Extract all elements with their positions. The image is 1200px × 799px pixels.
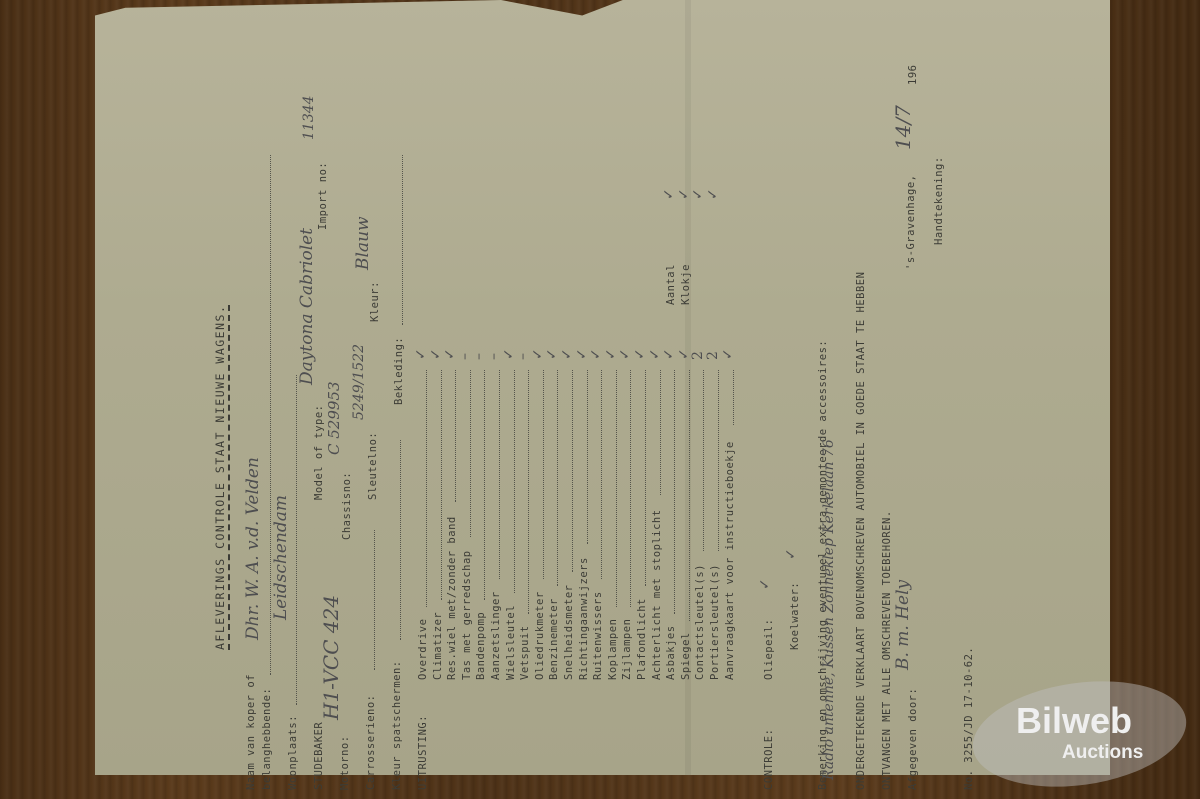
delivery-control-form: AFLEVERINGS CONTROLE STAAT NIEUWE WAGENS… [205,10,995,790]
uitrusting-dotted-line [548,370,558,586]
uitrusting-extra-label: Klokje [680,264,692,305]
uitrusting-dots [519,370,532,614]
uitrusting-dotted-line [694,370,704,551]
uitrusting-item-check: 2 [705,351,721,360]
uitrusting-item-label: Aanvraagkaart voor instructieboekje [724,441,736,680]
uitrusting-dotted-line [505,370,515,593]
uitrusting-extra-check: ✓ [661,188,677,200]
uitrusting-item-check: ✓ [632,348,648,360]
uitrusting-dotted-line [475,370,485,600]
sleutelno-label: Sleutelno: [367,432,379,500]
woonplaats-label: Woonplaats: [287,715,299,790]
uitrusting-item-check: – [515,353,531,361]
uitrusting-dots [563,370,576,572]
uitrusting-item-check: ✓ [559,348,575,360]
uitrusting-item-check: ✓ [544,348,560,360]
chassisno-label: Chassisno: [341,472,353,540]
uitrusting-dots [592,370,605,579]
uitrusting-item-check: ✓ [617,348,633,360]
uitrusting-dots [446,370,459,502]
uitrusting-item-label: Tas met gerredschap [461,550,473,680]
uitrusting-extra-label: Aantal [665,264,677,305]
import-value: 11344 [301,95,317,140]
uitrusting-item-label: Overdrive [417,619,429,680]
koelwater-check: ✓ [783,548,799,560]
uitrusting-item-label: Ruitenwissers [592,591,604,680]
oliepeil-check: ✓ [757,578,773,590]
kleur-spatschermen-label: Kleur spatschermen: [391,660,403,790]
uitrusting-dotted-line [665,370,675,614]
naam-label-1: Naam van koper of [245,674,257,790]
uitrusting-item-label: Koplampen [607,619,619,680]
uitrusting-item-check: ✓ [428,348,444,360]
uitrusting-dotted-line [607,370,617,607]
declaration-line-2: ONTVANGEN MET ALLE OMSCHREVEN TOEBEHOREN… [881,510,893,790]
uitrusting-dotted-line [578,370,588,544]
bemerking-value: Radio antenne, Kussen Zonneklep Kerkelaa… [821,439,837,780]
bekleding-label: Bekleding: [393,337,405,405]
uitrusting-item-check: ✓ [442,348,458,360]
naam-label-2: belanghebbende: [261,688,273,790]
uitrusting-dotted-line [432,370,442,600]
uitrusting-dots [724,370,737,425]
import-label: Import no: [317,162,329,230]
uitrusting-dots [636,370,649,586]
uitrusting-dotted-line [461,370,471,537]
motorno-value: H1-VCC 424 [319,595,343,720]
uitrusting-dots [417,370,430,607]
uitrusting-dotted-line [621,370,631,607]
uitrusting-dots [490,370,503,579]
uitrusting-dotted-line [636,370,646,586]
uitrusting-dots [709,370,722,551]
uitrusting-item-label: Climatizer [432,612,444,680]
koelwater-label: Koelwater: [789,582,801,650]
uitrusting-item-label: Achterlicht met stoplicht [651,509,663,680]
year-prefix: 196 [907,65,919,85]
woonplaats-value: Leidschendam [271,495,291,620]
sleutelno-value: 5249/1522 [351,344,367,420]
uitrusting-item-label: Benzinemeter [548,598,560,680]
uitrusting-item-label: Spiegel [680,632,692,680]
uitrusting-item-label: Aanzetslinger [490,591,502,680]
date-value: 14/7 [891,105,915,150]
uitrusting-dots [651,370,664,495]
declaration-line-1: ONDERGETEKENDE VERKLAART BOVENOMSCHREVEN… [855,272,867,790]
kleur-value: Blauw [353,216,373,270]
uitrusting-item-label: Plafondlicht [636,598,648,680]
uitrusting-item-check: 2 [690,351,706,360]
uitrusting-item-label: Zijlampen [621,619,633,680]
uitrusting-dots [432,370,445,600]
uitrusting-item-check: ✓ [647,348,663,360]
uitrusting-item-check: ✓ [530,348,546,360]
uitrusting-item-label: Richtingaanwijzers [578,557,590,680]
uitrusting-item-check: ✓ [588,348,604,360]
afgegeven-label: Afgegeven door: [907,688,919,790]
carrosserieno-label: Carrosserieno: [365,694,377,790]
uitrusting-dotted-line [680,370,690,621]
uitrusting-dots [680,370,693,621]
uitrusting-item-label: Bandenpomp [475,612,487,680]
spatschermen-dotted-line [391,440,401,640]
oliepeil-label: Oliepeil: [763,619,775,680]
uitrusting-item-check: ✓ [720,348,736,360]
uitrusting-dotted-line [490,370,500,579]
uitrusting-item-check: ✓ [661,348,677,360]
uitrusting-item-check: – [486,353,502,361]
uitrusting-dots [578,370,591,544]
controle-label: CONTROLE: [763,729,775,790]
uitrusting-item-check: ✓ [676,348,692,360]
uitrusting-dots [694,370,707,551]
uitrusting-dots [548,370,561,586]
naam-value: Dhr. W. A. v.d. Velden [243,457,263,640]
uitrusting-item-label: Vetspuit [519,625,531,680]
kleur-label: Kleur: [369,281,381,322]
uitrusting-item-label: Wielsleutel [505,605,517,680]
uitrusting-dotted-line [446,370,456,502]
uitrusting-dots [665,370,678,614]
form-number: No. 3255/JD 17-10-62. [963,647,975,790]
watermark-logo-sub: Auctions [1062,742,1143,764]
model-label: Model of type: [313,404,325,500]
uitrusting-item-check: ✓ [501,348,517,360]
uitrusting-item-label: Snelheidsmeter [563,584,575,680]
motorno-label: Motorno: [339,735,351,790]
uitrusting-label: UITRUSTING: [417,715,429,790]
uitrusting-dots [621,370,634,607]
handtekening-label: Handtekening: [933,156,945,245]
uitrusting-dotted-line [563,370,573,572]
uitrusting-extra-check: ✓ [705,188,721,200]
model-value: Daytona Cabriolet [297,228,317,385]
uitrusting-dotted-line [534,370,544,579]
uitrusting-extra-check: ✓ [690,188,706,200]
uitrusting-item-label: Asbakjes [665,625,677,680]
watermark-logo-main: Bilweb [1016,700,1132,742]
place-label: 's-Gravenhage, [905,174,917,270]
uitrusting-item-label: Oliedrukmeter [534,591,546,680]
carrosserieno-dotted-line [365,530,375,670]
uitrusting-dots [534,370,547,579]
uitrusting-item-check: – [471,353,487,361]
uitrusting-item-check: ✓ [574,348,590,360]
uitrusting-item-label: Portiersleutel(s) [709,564,721,680]
uitrusting-dotted-line [417,370,427,607]
afgegeven-value: B. m. Hely [893,580,913,670]
uitrusting-dotted-line [519,370,529,614]
uitrusting-dots [475,370,488,600]
chassisno-value: C 529953 [325,381,343,455]
uitrusting-dotted-line [709,370,719,551]
uitrusting-item-check: ✓ [413,348,429,360]
make-label: STUDEBAKER [313,722,325,790]
uitrusting-dotted-line [651,370,661,495]
uitrusting-item-label: Res.wiel met/zonder band [446,516,458,680]
uitrusting-extra-check: ✓ [676,188,692,200]
uitrusting-dotted-line [592,370,602,579]
uitrusting-dots [607,370,620,607]
bekleding-dotted-line [393,155,403,325]
uitrusting-dotted-line [724,370,734,425]
uitrusting-dots [505,370,518,593]
uitrusting-dots [461,370,474,537]
form-title: AFLEVERINGS CONTROLE STAAT NIEUWE WAGENS… [213,305,230,650]
uitrusting-item-label: Contactsleutel(s) [694,564,706,680]
uitrusting-item-check: ✓ [603,348,619,360]
uitrusting-item-check: – [457,353,473,361]
